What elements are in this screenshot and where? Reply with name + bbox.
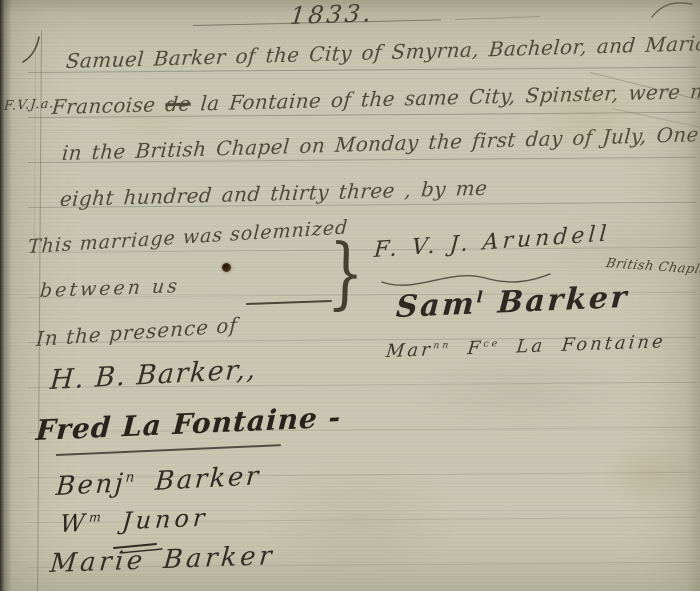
gutter-shadow [0,0,12,591]
year-heading: 1833. [288,0,375,31]
flourish-dash [246,300,332,305]
witness-signature-2: Fred La Fontaine - [35,401,342,448]
closing-brace: } [327,234,365,313]
witness-signature-part: W [59,509,90,538]
groom-signature-part: Barker [484,280,630,321]
corner-pen-flourish-icon [648,0,696,20]
chaplain-title: British Chaplain [604,256,700,279]
bride-signature-superscript: ce [483,338,501,350]
margin-rule-line [37,30,42,591]
ink-blot [222,263,231,272]
witness-signature-4: Wm Junor [59,503,210,538]
margin-initials: F.V.J.a. [3,96,55,114]
witness-signature-part: Junor [103,503,209,536]
bride-signature: Marnn Fce La Fontaine [385,331,667,362]
bride-signature-superscript: nn [433,340,452,352]
witnesses-label: In the presence of [35,313,238,351]
witness-signature-5: Marie Barker [49,541,277,580]
year-underline-extension [455,16,540,20]
bride-signature-part: F [450,338,484,360]
margin-check-tick-icon [20,35,42,65]
solemnized-line-2: between us [39,275,181,303]
groom-signature-part: Sam [395,286,477,325]
witness-signature-superscript: m [89,509,106,525]
witness-signature-part: Benj [55,468,126,502]
witness-signature-part: Barker [135,461,261,498]
witness-signature-1: H. B. Barker,, [49,354,258,397]
chaplain-signature: F. V. J. Arundell [373,221,611,264]
witness-underline-flourish [56,444,281,456]
witness-signature-3: Benjn Barker [55,461,262,503]
margin-rule-line-secondary [34,34,36,259]
solemnized-line-1: This marriage was solemnized [27,216,349,259]
register-page: { "page": { "year": "1833.", "margin": {… [0,0,700,591]
struck-word: de [164,92,191,117]
bride-signature-part: La Fontaine [499,331,667,358]
bride-signature-part: Mar [385,339,434,362]
entry-line-2-pre: Francoise [51,92,166,119]
